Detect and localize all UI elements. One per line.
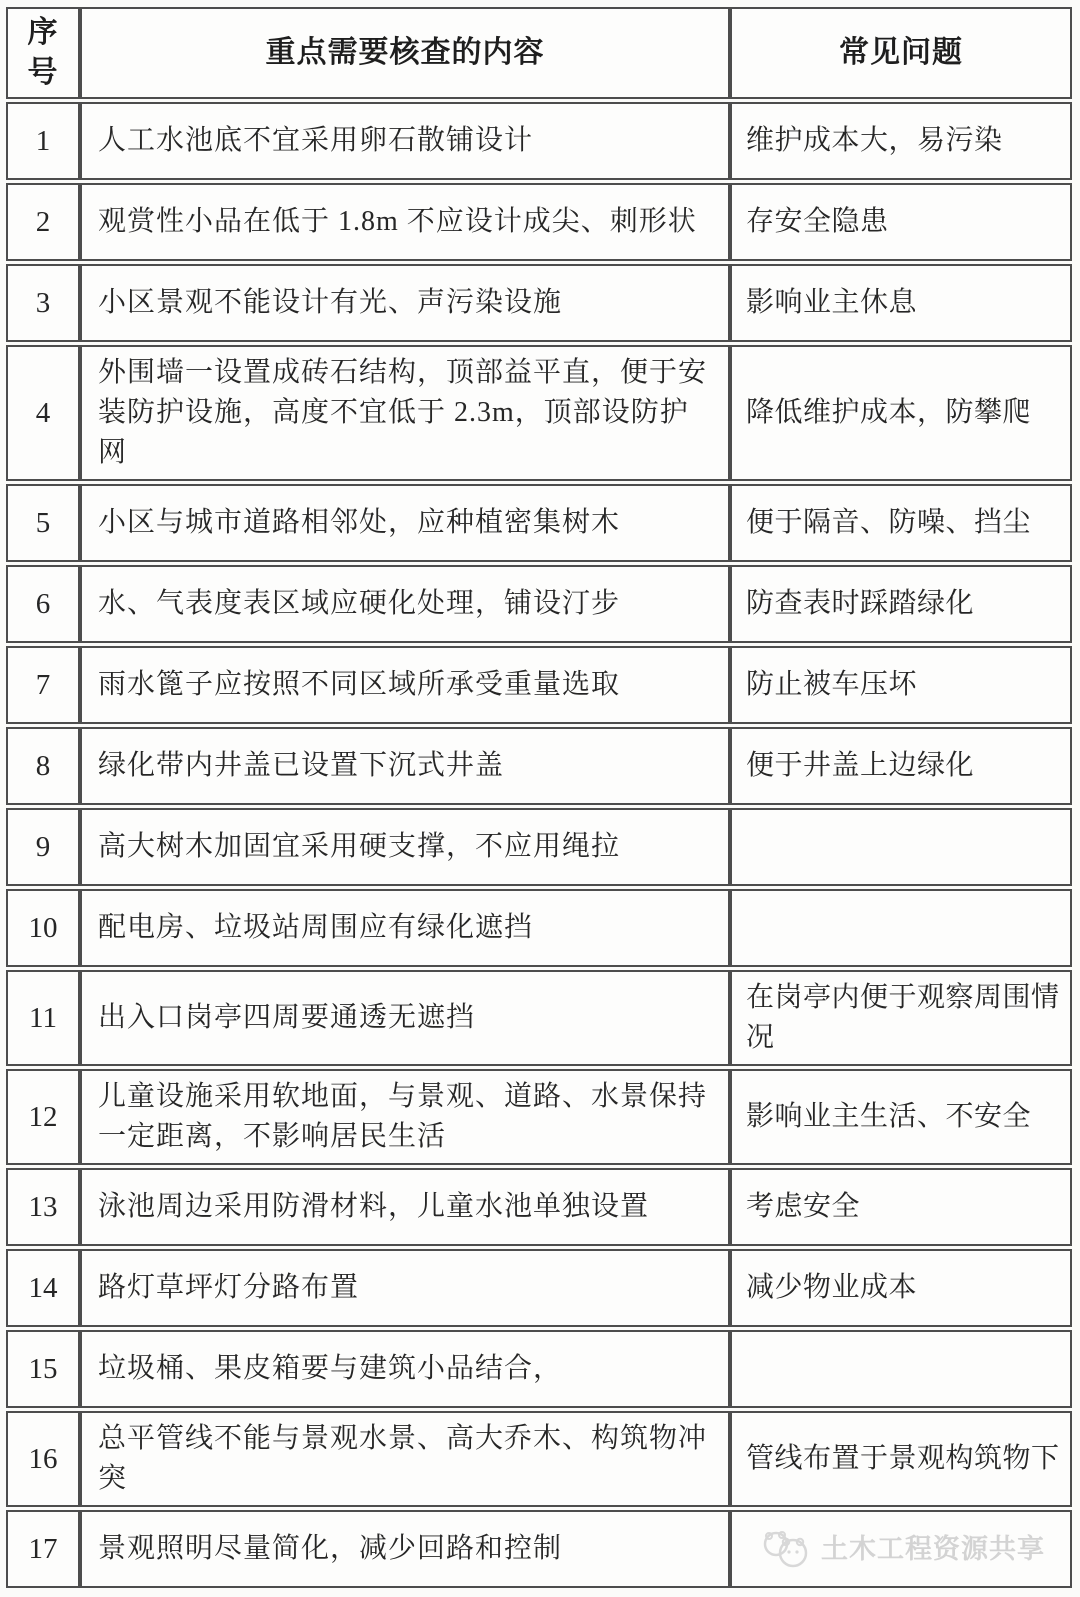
problem-cell-text: 防查表时踩踏绿化 bbox=[746, 588, 974, 619]
watermark-logo-icon bbox=[761, 1527, 813, 1571]
inspection-check-table: 序号 重点需要核查的内容 常见问题 1 人工水池底不宜采用卵石散铺设计 维护成本… bbox=[6, 4, 1072, 1591]
content-cell-text: 观赏性小品在低于 1.8m 不应设计成尖、刺形状 bbox=[98, 206, 697, 237]
problem-cell-text: 影响业主休息 bbox=[746, 287, 917, 318]
content-cell-text: 小区与城市道路相邻处，应种植密集树木 bbox=[98, 507, 620, 538]
content-cell-text: 景观照明尽量简化，减少回路和控制 bbox=[98, 1533, 562, 1564]
row-number: 13 bbox=[29, 1191, 58, 1223]
header-row: 序号 重点需要核查的内容 常见问题 bbox=[6, 7, 1072, 99]
content-cell-text: 水、气表度表区域应硬化处理，铺设汀步 bbox=[98, 588, 620, 619]
row-number: 8 bbox=[36, 750, 51, 782]
table-body: 1 人工水池底不宜采用卵石散铺设计 维护成本大，易污染 土木工程资源共享 bbox=[6, 102, 1072, 1588]
row-number: 16 bbox=[29, 1443, 58, 1475]
table-row: 17 景观照明尽量简化，减少回路和控制 土木工程资源共享 bbox=[6, 1510, 1072, 1588]
table-row: 1 人工水池底不宜采用卵石散铺设计 维护成本大，易污染 土木工程资源共享 bbox=[6, 102, 1072, 180]
row-number: 3 bbox=[36, 287, 51, 319]
table-row: 8 绿化带内井盖已设置下沉式井盖 便于井盖上边绿化 土木工程资源共享 bbox=[6, 727, 1072, 805]
problem-cell-text: 便于隔音、防噪、挡尘 bbox=[746, 507, 1031, 538]
header-problem-label: 常见问题 bbox=[839, 36, 963, 69]
problem-cell-text: 便于井盖上边绿化 bbox=[746, 750, 974, 781]
content-cell-text: 雨水篦子应按照不同区域所承受重量选取 bbox=[98, 669, 620, 700]
content-cell-text: 配电房、垃圾站周围应有绿化遮挡 bbox=[98, 912, 533, 943]
row-number: 1 bbox=[36, 125, 51, 157]
table-header: 序号 重点需要核查的内容 常见问题 bbox=[6, 7, 1072, 99]
problem-cell-text: 管线布置于景观构筑物下 bbox=[746, 1443, 1060, 1474]
content-cell-text: 儿童设施采用软地面，与景观、道路、水景保持一定距离，不影响居民生活 bbox=[98, 1081, 707, 1152]
content-cell-text: 路灯草坪灯分路布置 bbox=[98, 1272, 359, 1303]
row-number: 9 bbox=[36, 831, 51, 863]
row-number: 7 bbox=[36, 669, 51, 701]
table-row: 15 垃圾桶、果皮箱要与建筑小品结合， 土木工程资源共享 bbox=[6, 1330, 1072, 1408]
row-number: 4 bbox=[36, 397, 51, 429]
table-row: 12 儿童设施采用软地面，与景观、道路、水景保持一定距离，不影响居民生活 影响业… bbox=[6, 1069, 1072, 1165]
watermark-text: 土木工程资源共享 bbox=[821, 1529, 1045, 1569]
table-row: 3 小区景观不能设计有光、声污染设施 影响业主休息 土木工程资源共享 bbox=[6, 264, 1072, 342]
table-row: 14 路灯草坪灯分路布置 减少物业成本 土木工程资源共享 bbox=[6, 1249, 1072, 1327]
table-row: 16 总平管线不能与景观水景、高大乔木、构筑物冲突 管线布置于景观构筑物下 土木… bbox=[6, 1411, 1072, 1507]
table-row: 2 观赏性小品在低于 1.8m 不应设计成尖、刺形状 存安全隐患 土木工程资源共… bbox=[6, 183, 1072, 261]
problem-cell-text: 防止被车压坏 bbox=[746, 669, 917, 700]
row-number: 15 bbox=[29, 1353, 58, 1385]
scanned-table-page: 序号 重点需要核查的内容 常见问题 1 人工水池底不宜采用卵石散铺设计 维护成本… bbox=[0, 0, 1080, 1597]
header-cell-no: 序号 bbox=[6, 7, 80, 99]
content-cell-text: 垃圾桶、果皮箱要与建筑小品结合， bbox=[98, 1353, 562, 1384]
content-cell-text: 高大树木加固宜采用硬支撑，不应用绳拉 bbox=[98, 831, 620, 862]
row-number: 10 bbox=[29, 912, 58, 944]
problem-cell-text: 减少物业成本 bbox=[746, 1272, 917, 1303]
table-row: 4 外围墙一设置成砖石结构，顶部益平直，便于安装防护设施，高度不宜低于 2.3m… bbox=[6, 345, 1072, 481]
header-cell-problem: 常见问题 bbox=[730, 7, 1072, 99]
header-cell-content: 重点需要核查的内容 bbox=[80, 7, 730, 99]
table-row: 6 水、气表度表区域应硬化处理，铺设汀步 防查表时踩踏绿化 土木工程资源共享 bbox=[6, 565, 1072, 643]
row-number: 12 bbox=[29, 1101, 58, 1133]
problem-cell-text: 存安全隐患 bbox=[746, 206, 889, 237]
table-row: 11 出入口岗亭四周要通透无遮挡 在岗亭内便于观察周围情况 土木工程资源共享 bbox=[6, 970, 1072, 1066]
problem-cell-text: 降低维护成本，防攀爬 bbox=[746, 397, 1031, 428]
content-cell-text: 出入口岗亭四周要通透无遮挡 bbox=[98, 1002, 475, 1033]
row-number: 17 bbox=[29, 1533, 58, 1565]
content-cell-text: 人工水池底不宜采用卵石散铺设计 bbox=[98, 125, 533, 156]
content-cell-text: 外围墙一设置成砖石结构，顶部益平直，便于安装防护设施，高度不宜低于 2.3m，顶… bbox=[98, 357, 707, 468]
table-row: 13 泳池周边采用防滑材料，儿童水池单独设置 考虑安全 土木工程资源共享 bbox=[6, 1168, 1072, 1246]
table-row: 7 雨水篦子应按照不同区域所承受重量选取 防止被车压坏 土木工程资源共享 bbox=[6, 646, 1072, 724]
table-row: 5 小区与城市道路相邻处，应种植密集树木 便于隔音、防噪、挡尘 土木工程资源共享 bbox=[6, 484, 1072, 562]
row-number: 6 bbox=[36, 588, 51, 620]
problem-cell-text: 维护成本大，易污染 bbox=[746, 125, 1003, 156]
row-number: 5 bbox=[36, 507, 51, 539]
problem-cell-text: 影响业主生活、不安全 bbox=[746, 1101, 1031, 1132]
row-number: 2 bbox=[36, 206, 51, 238]
content-cell-text: 泳池周边采用防滑材料，儿童水池单独设置 bbox=[98, 1191, 649, 1222]
table-row: 10 配电房、垃圾站周围应有绿化遮挡 土木工程资源共享 bbox=[6, 889, 1072, 967]
content-cell-text: 总平管线不能与景观水景、高大乔木、构筑物冲突 bbox=[98, 1423, 707, 1494]
problem-cell-text: 在岗亭内便于观察周围情况 bbox=[746, 982, 1060, 1053]
table-row: 9 高大树木加固宜采用硬支撑，不应用绳拉 土木工程资源共享 bbox=[6, 808, 1072, 886]
content-cell-text: 绿化带内井盖已设置下沉式井盖 bbox=[98, 750, 504, 781]
row-number: 11 bbox=[29, 1002, 57, 1034]
problem-cell-text: 考虑安全 bbox=[746, 1191, 860, 1222]
row-number: 14 bbox=[29, 1272, 58, 1304]
watermark: 土木工程资源共享 bbox=[746, 1527, 1060, 1571]
header-content-label: 重点需要核查的内容 bbox=[266, 36, 545, 69]
header-no-label: 序号 bbox=[25, 13, 61, 93]
content-cell-text: 小区景观不能设计有光、声污染设施 bbox=[98, 287, 562, 318]
